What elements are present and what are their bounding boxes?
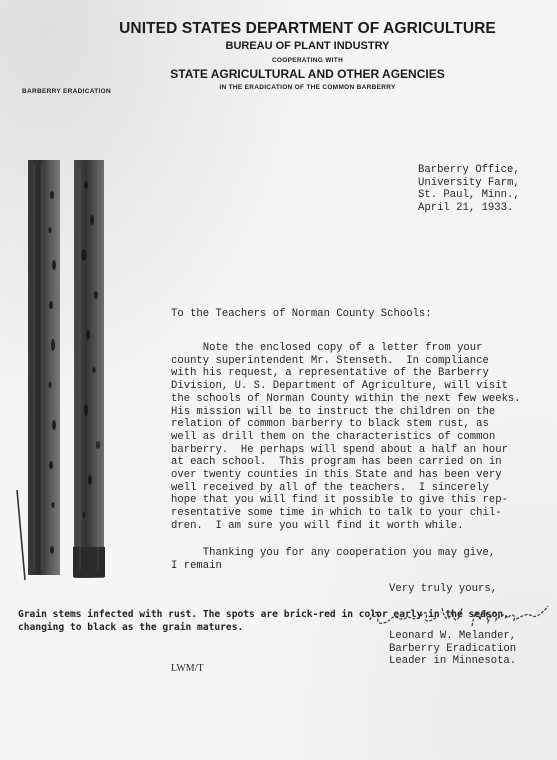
letterhead-department: UNITED STATES DEPARTMENT OF AGRICULTURE — [0, 20, 557, 38]
letter-closing: Thanking you for any cooperation you may… — [171, 547, 495, 572]
valediction: Very truly yours, — [389, 583, 497, 595]
letter-body: Note the enclosed copy of a letter from … — [171, 342, 521, 533]
department-label: BARBERRY ERADICATION — [22, 88, 111, 95]
letterhead-agencies: STATE AGRICULTURAL AND OTHER AGENCIES — [0, 67, 557, 81]
letterhead-bureau: BUREAU OF PLANT INDUSTRY — [0, 40, 557, 52]
typist-initials: LWM/T — [171, 663, 204, 674]
signer-block: Leonard W. Melander, Barberry Eradicatio… — [389, 630, 516, 668]
letterhead-cooperating: COOPERATING WITH — [0, 57, 557, 64]
grain-stems-photo — [14, 155, 114, 585]
sender-address: Barberry Office, University Farm, St. Pa… — [418, 164, 520, 215]
salutation: To the Teachers of Norman County Schools… — [171, 308, 432, 320]
photo-caption: Grain stems infected with rust. The spot… — [18, 609, 557, 635]
